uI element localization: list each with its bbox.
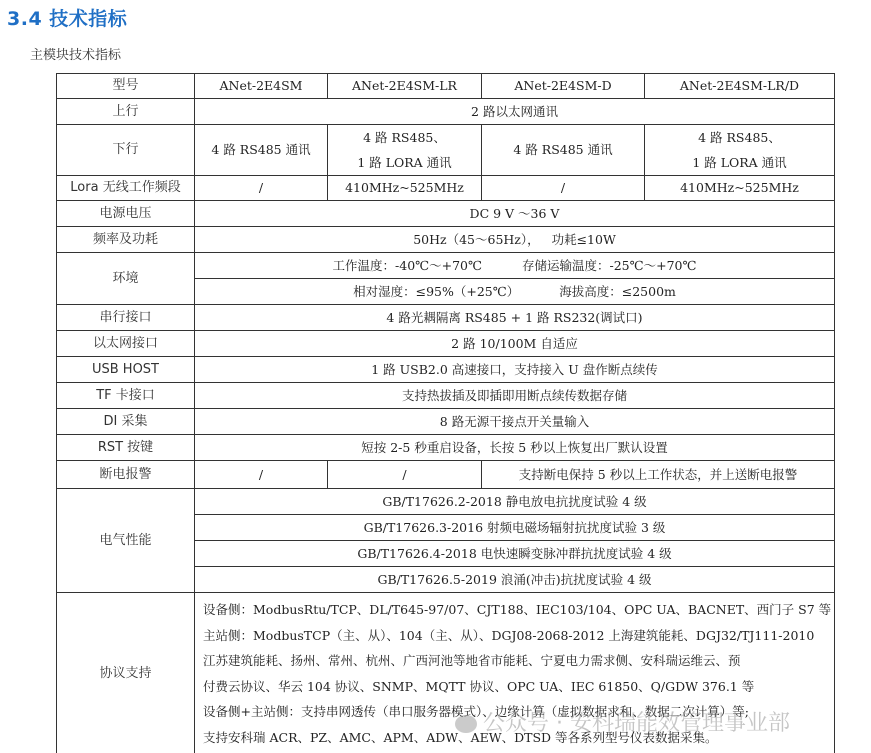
- row-value: DC 9 V ～36 V: [195, 201, 835, 227]
- row-label: 上行: [57, 99, 195, 125]
- row-value: /: [195, 461, 328, 489]
- table-row-frequency-power: 频率及功耗 50Hz（45～65Hz）， 功耗≤10W: [57, 227, 835, 253]
- row-label: RST 按键: [57, 435, 195, 461]
- value-line: 4 路 RS485 通讯: [211, 142, 310, 157]
- row-value: 相对湿度：≤95%（+25℃）海拔高度：≤2500m: [195, 279, 835, 305]
- row-value: /: [328, 461, 482, 489]
- row-value: 4 路 RS485、 1 路 LORA 通讯: [645, 125, 835, 176]
- row-value: 支持热拔插及即插即用断点续传数据存储: [195, 383, 835, 409]
- row-label: 电源电压: [57, 201, 195, 227]
- row-value: GB/T17626.3-2016 射频电磁场辐射抗扰度试验 3 级: [195, 515, 835, 541]
- model-cell: ANet-2E4SM-LR: [328, 74, 482, 99]
- table-row-downlink: 下行 4 路 RS485 通讯 4 路 RS485、 1 路 LORA 通讯 4…: [57, 125, 835, 176]
- row-value: 1 路 USB2.0 高速接口，支持接入 U 盘作断点续传: [195, 357, 835, 383]
- row-value: GB/T17626.2-2018 静电放电抗扰度试验 4 级: [195, 489, 835, 515]
- table-row-ethernet-port: 以太网接口 2 路 10/100M 自适应: [57, 331, 835, 357]
- row-value: GB/T17626.5-2019 浪涌(冲击)抗扰度试验 4 级: [195, 567, 835, 593]
- value-line: 4 路 RS485、: [332, 125, 477, 150]
- model-cell: ANet-2E4SM-LR/D: [645, 74, 835, 99]
- table-row-di: DI 采集 8 路无源干接点开关量输入: [57, 409, 835, 435]
- protocol-line: 设备侧+主站侧：支持串网透传（串口服务器模式）、边缘计算（虚拟数据求和、数据二次…: [203, 699, 826, 725]
- protocol-line: 支持安科瑞 ACR、PZ、AMC、APM、ADW、AEW、DTSD 等各系列型号…: [203, 725, 826, 751]
- table-row-power-fail-alarm: 断电报警 / / 支持断电保持 5 秒以上工作状态，并上送断电报警: [57, 461, 835, 489]
- row-value: 支持断电保持 5 秒以上工作状态，并上送断电报警: [482, 461, 835, 489]
- row-value: 4 路 RS485、 1 路 LORA 通讯: [328, 125, 482, 176]
- table-row-protocol: 协议支持 设备侧：ModbusRtu/TCP、DL/T645-97/07、CJT…: [57, 593, 835, 753]
- row-label: 以太网接口: [57, 331, 195, 357]
- spec-table: 型号 ANet-2E4SM ANet-2E4SM-LR ANet-2E4SM-D…: [56, 73, 835, 753]
- value-part: 工作温度：-40℃～+70℃: [333, 258, 482, 273]
- value-line: 1 路 LORA 通讯: [649, 150, 830, 175]
- row-label: 环境: [57, 253, 195, 305]
- table-row-header: 型号 ANet-2E4SM ANet-2E4SM-LR ANet-2E4SM-D…: [57, 74, 835, 99]
- protocol-line: 付费云协议、华云 104 协议、SNMP、MQTT 协议、OPC UA、IEC …: [203, 674, 826, 700]
- row-label: 断电报警: [57, 461, 195, 489]
- section-title: 3.4 技术指标: [7, 4, 127, 31]
- table-row-rst: RST 按键 短按 2-5 秒重启设备，长按 5 秒以上恢复出厂默认设置: [57, 435, 835, 461]
- row-value: 410MHz~525MHz: [645, 176, 835, 201]
- table-row-tf-card: TF 卡接口 支持热拔插及即插即用断点续传数据存储: [57, 383, 835, 409]
- value-part: 相对湿度：≤95%（+25℃）: [353, 284, 519, 299]
- row-label: DI 采集: [57, 409, 195, 435]
- row-value: 8 路无源干接点开关量输入: [195, 409, 835, 435]
- value-part: 存储运输温度：-25℃～+70℃: [522, 258, 696, 273]
- protocol-text: 设备侧：ModbusRtu/TCP、DL/T645-97/07、CJT188、I…: [195, 593, 835, 753]
- row-value: 2 路以太网通讯: [195, 99, 835, 125]
- row-value: 4 路光耦隔离 RS485 + 1 路 RS232(调试口): [195, 305, 835, 331]
- protocol-line: 主站侧：ModbusTCP（主、从）、104（主、从）、DGJ08-2068-2…: [203, 623, 826, 649]
- table-row-serial-port: 串行接口 4 路光耦隔离 RS485 + 1 路 RS232(调试口): [57, 305, 835, 331]
- value-line: 4 路 RS485 通讯: [513, 142, 612, 157]
- row-value: 2 路 10/100M 自适应: [195, 331, 835, 357]
- row-value: 4 路 RS485 通讯: [195, 125, 328, 176]
- model-cell: ANet-2E4SM-D: [482, 74, 645, 99]
- table-row-uplink: 上行 2 路以太网通讯: [57, 99, 835, 125]
- table-row-usb-host: USB HOST 1 路 USB2.0 高速接口，支持接入 U 盘作断点续传: [57, 357, 835, 383]
- header-label: 型号: [57, 74, 195, 99]
- table-row-environment-1: 环境 工作温度：-40℃～+70℃存储运输温度：-25℃～+70℃: [57, 253, 835, 279]
- row-value: /: [195, 176, 328, 201]
- row-label: 电气性能: [57, 489, 195, 593]
- row-value: 410MHz~525MHz: [328, 176, 482, 201]
- table-row-lora-band: Lora 无线工作频段 / 410MHz~525MHz / 410MHz~525…: [57, 176, 835, 201]
- row-label: Lora 无线工作频段: [57, 176, 195, 201]
- protocol-line: 江苏建筑能耗、扬州、常州、杭州、广西河池等地省市能耗、宁夏电力需求侧、安科瑞运维…: [203, 648, 826, 674]
- row-value: 50Hz（45～65Hz）， 功耗≤10W: [195, 227, 835, 253]
- row-value: /: [482, 176, 645, 201]
- row-value: 工作温度：-40℃～+70℃存储运输温度：-25℃～+70℃: [195, 253, 835, 279]
- value-line: 4 路 RS485、: [649, 125, 830, 150]
- row-label: 串行接口: [57, 305, 195, 331]
- row-value: 短按 2-5 秒重启设备，长按 5 秒以上恢复出厂默认设置: [195, 435, 835, 461]
- row-label: 下行: [57, 125, 195, 176]
- model-cell: ANet-2E4SM: [195, 74, 328, 99]
- row-label: USB HOST: [57, 357, 195, 383]
- row-label: 频率及功耗: [57, 227, 195, 253]
- row-value: 4 路 RS485 通讯: [482, 125, 645, 176]
- protocol-line: 设备侧：ModbusRtu/TCP、DL/T645-97/07、CJT188、I…: [203, 597, 826, 623]
- value-part: 海拔高度：≤2500m: [559, 284, 676, 299]
- row-value: GB/T17626.4-2018 电快速瞬变脉冲群抗扰度试验 4 级: [195, 541, 835, 567]
- value-line: 1 路 LORA 通讯: [332, 150, 477, 175]
- row-label: TF 卡接口: [57, 383, 195, 409]
- table-row-electrical-1: 电气性能 GB/T17626.2-2018 静电放电抗扰度试验 4 级: [57, 489, 835, 515]
- table-row-power-voltage: 电源电压 DC 9 V ～36 V: [57, 201, 835, 227]
- row-label: 协议支持: [57, 593, 195, 753]
- subtitle: 主模块技术指标: [30, 44, 121, 63]
